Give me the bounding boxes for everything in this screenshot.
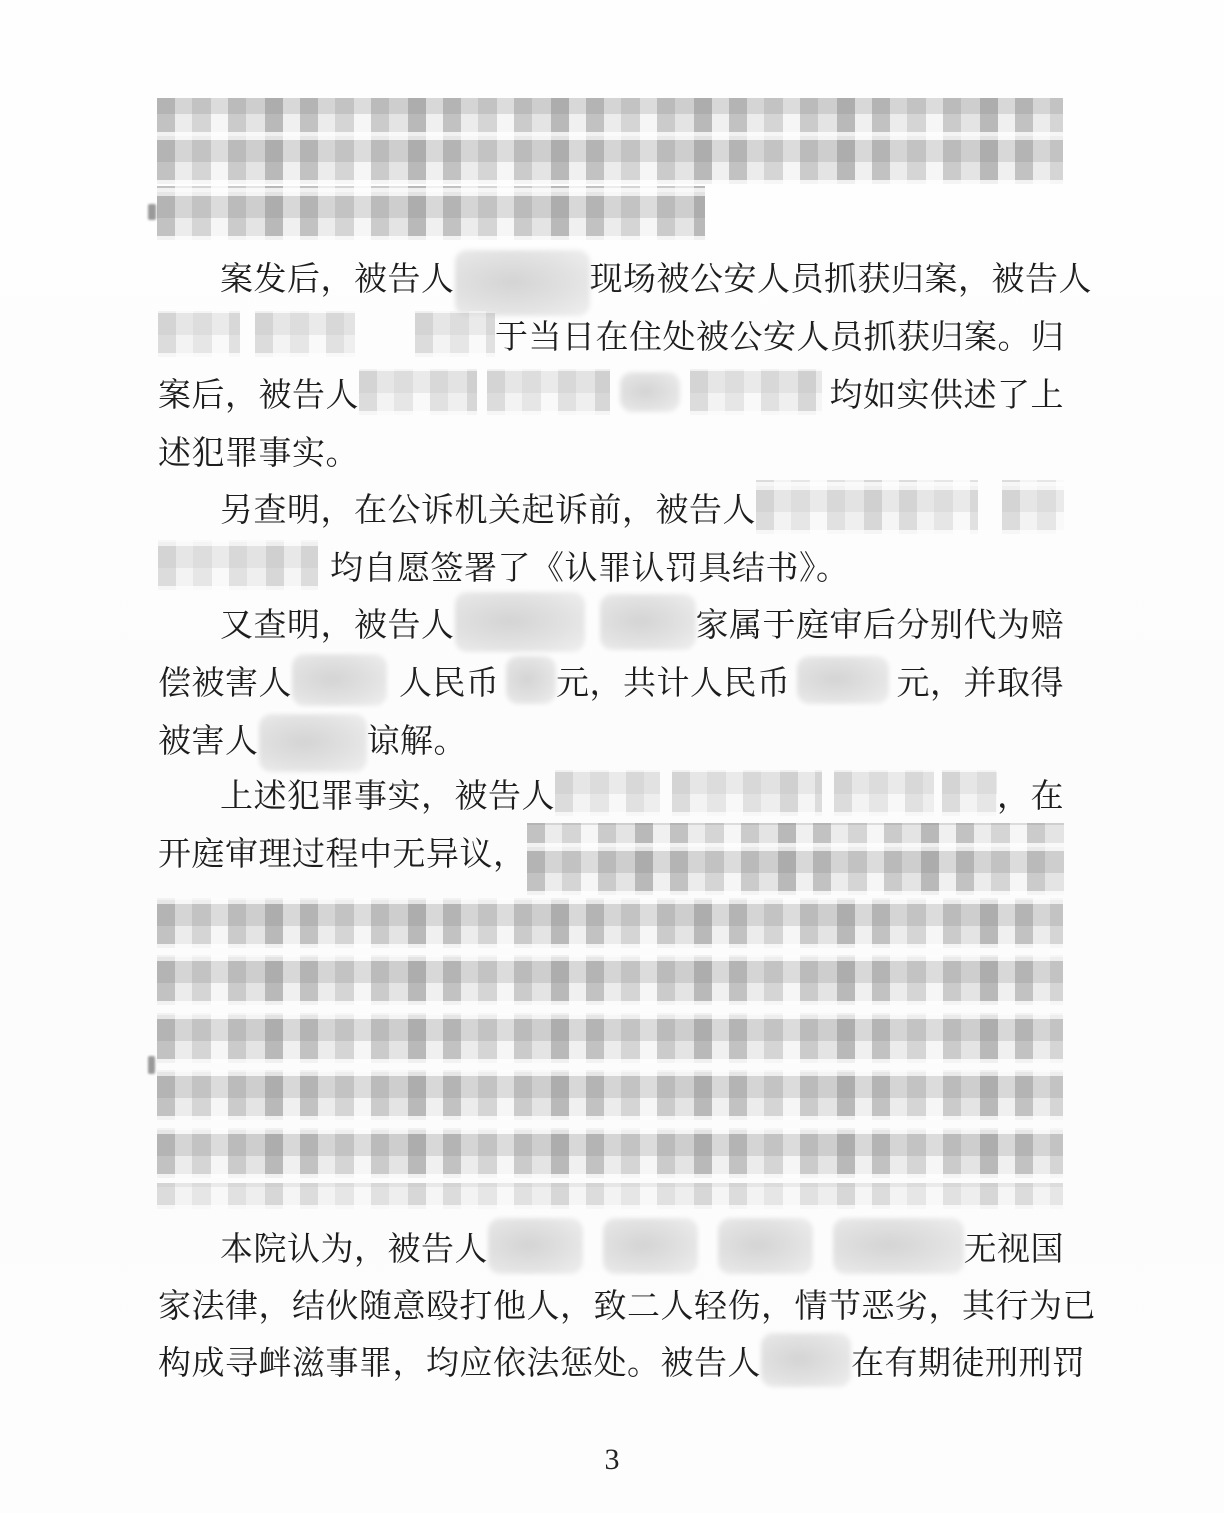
- redacted-name-block: [488, 1218, 583, 1274]
- redacted-name-block: [455, 592, 585, 652]
- doc-line-3: 案后，被告人 均如实供述了上: [158, 366, 1064, 418]
- doc-line-10: 上述犯罪事实，被告人 ，在: [158, 767, 1064, 819]
- doc-line-2: 于当日在住处被公安人员抓获归案。归: [158, 308, 1064, 360]
- redacted-name-block: [761, 1333, 851, 1387]
- text-run: 在有期徒刑刑罚: [851, 1337, 1086, 1384]
- redacted-band: [157, 898, 1063, 948]
- redacted-name-block: [259, 714, 367, 772]
- redacted-name-block: [455, 250, 590, 316]
- text-run: ，在: [997, 770, 1064, 817]
- redacted-text-block: [527, 823, 1065, 895]
- doc-line-8: 偿被害人 人民币 元，共计人民币 元，并取得: [158, 654, 1064, 706]
- redacted-name-block: [158, 311, 240, 357]
- page-number: 3: [0, 1443, 1224, 1477]
- redacted-band: [157, 1013, 1063, 1063]
- doc-line-7: 又查明，被告人 家属于庭审后分别代为赔: [158, 596, 1064, 648]
- doc-line-13: 家法律，结伙随意殴打他人，致二人轻伤，情节恶劣，其行为已: [158, 1277, 1064, 1329]
- doc-line-9: 被害人 谅解。: [158, 712, 1064, 764]
- redacted-name-block: [833, 1218, 964, 1274]
- text-run: 均如实供述了上: [830, 369, 1065, 416]
- text-run: 上述犯罪事实，被告人: [220, 770, 555, 817]
- redacted-name-block: [718, 1218, 813, 1274]
- redacted-name-block: [415, 311, 495, 357]
- redacted-name-block: [620, 372, 680, 412]
- redacted-name-block: [359, 369, 477, 415]
- doc-line-1: 案发后，被告人 现场被公安人员抓获归案，被告人: [158, 250, 1064, 302]
- doc-line-11: 开庭审理过程中无异议，: [158, 825, 1064, 877]
- redacted-band: [157, 955, 1063, 1005]
- text-run: 元，共计人民币: [556, 657, 791, 704]
- text-run: 本院认为，被告人: [220, 1223, 488, 1270]
- doc-line-12: 本院认为，被告人 无视国: [158, 1220, 1064, 1272]
- scan-artifact: [148, 1056, 155, 1074]
- text-run: 偿被害人: [158, 657, 292, 704]
- doc-line-5: 另查明，在公诉机关起诉前，被告人: [158, 481, 1064, 533]
- text-run: 家法律，结伙随意殴打他人，致二人轻伤，情节恶劣，其行为已: [158, 1280, 1096, 1327]
- text-run: 谅解。: [367, 715, 468, 762]
- redacted-name-block: [834, 770, 934, 816]
- text-run: 家属于庭审后分别代为赔: [696, 599, 1065, 646]
- redacted-band-top-partial: [157, 186, 705, 240]
- redacted-amount-block: [506, 656, 557, 704]
- redacted-name-block: [600, 594, 696, 650]
- doc-line-4: 述犯罪事实。: [158, 424, 1064, 476]
- text-run: 人民币: [399, 657, 500, 704]
- text-run: 另查明，在公诉机关起诉前，被告人: [220, 484, 756, 531]
- redacted-name-block: [255, 311, 355, 357]
- redacted-name-block: [292, 654, 387, 706]
- redacted-name-block: [672, 770, 822, 816]
- text-run: 现场被公安人员抓获归案，被告人: [590, 253, 1093, 300]
- doc-line-14: 构成寻衅滋事罪，均应依法惩处。被告人 在有期徒刑刑罚: [158, 1334, 1064, 1386]
- document-page: 案发后，被告人 现场被公安人员抓获归案，被告人 于当日在住处被公安人员抓获归案。…: [0, 0, 1224, 1513]
- redacted-band-top: [157, 98, 1063, 184]
- text-run: 元，并取得: [897, 657, 1065, 704]
- text-run: 开庭审理过程中无异议，: [158, 828, 527, 875]
- text-run: 无视国: [964, 1223, 1065, 1270]
- text-run: 案发后，被告人: [220, 253, 455, 300]
- text-run: 又查明，被告人: [220, 599, 455, 646]
- text-run: 均自愿签署了《认罪认罚具结书》。: [330, 542, 850, 589]
- redacted-name-block: [555, 770, 660, 816]
- redacted-band: [157, 1070, 1063, 1120]
- redacted-band: [157, 1128, 1063, 1178]
- text-run: 被害人: [158, 715, 259, 762]
- redacted-name-block: [1002, 480, 1064, 534]
- text-run: 构成寻衅滋事罪，均应依法惩处。被告人: [158, 1337, 761, 1384]
- redacted-name-block: [158, 540, 318, 590]
- redacted-name-block: [942, 770, 997, 816]
- redacted-name-block: [603, 1218, 698, 1274]
- redacted-name-block: [756, 480, 978, 534]
- scan-artifact: [148, 204, 156, 220]
- text-run: 于当日在住处被公安人员抓获归案。归: [495, 311, 1065, 358]
- text-run: 案后，被告人: [158, 369, 359, 416]
- redacted-band: [157, 1183, 1063, 1209]
- text-run: 述犯罪事实。: [158, 427, 359, 474]
- redacted-name-block: [690, 369, 822, 415]
- doc-line-6: 均自愿签署了《认罪认罚具结书》。: [158, 539, 1064, 591]
- redacted-amount-block: [797, 656, 889, 704]
- redacted-name-block: [487, 369, 610, 415]
